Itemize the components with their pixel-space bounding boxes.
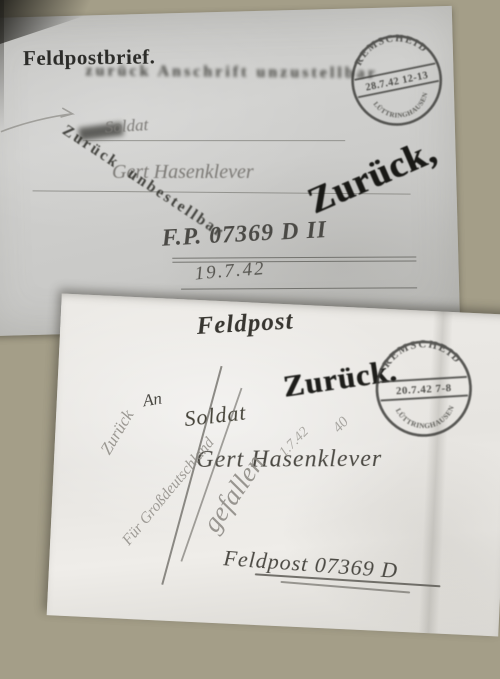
envelope-bottom: Feldpost Zurück. REMSCHEID 20.7.42 7-8 L… bbox=[47, 294, 500, 637]
address-rule-line bbox=[83, 140, 345, 141]
addressee-rank-handwriting: Soldat bbox=[104, 115, 149, 138]
pencil-squiggle-stroke bbox=[0, 108, 73, 132]
scan-edge-left bbox=[0, 0, 4, 130]
envelope-top: Feldpostbrief. zurück Anschrift unzustel… bbox=[0, 6, 460, 336]
scanned-feldpost-photo: Feldpostbrief. zurück Anschrift unzustel… bbox=[0, 0, 500, 679]
